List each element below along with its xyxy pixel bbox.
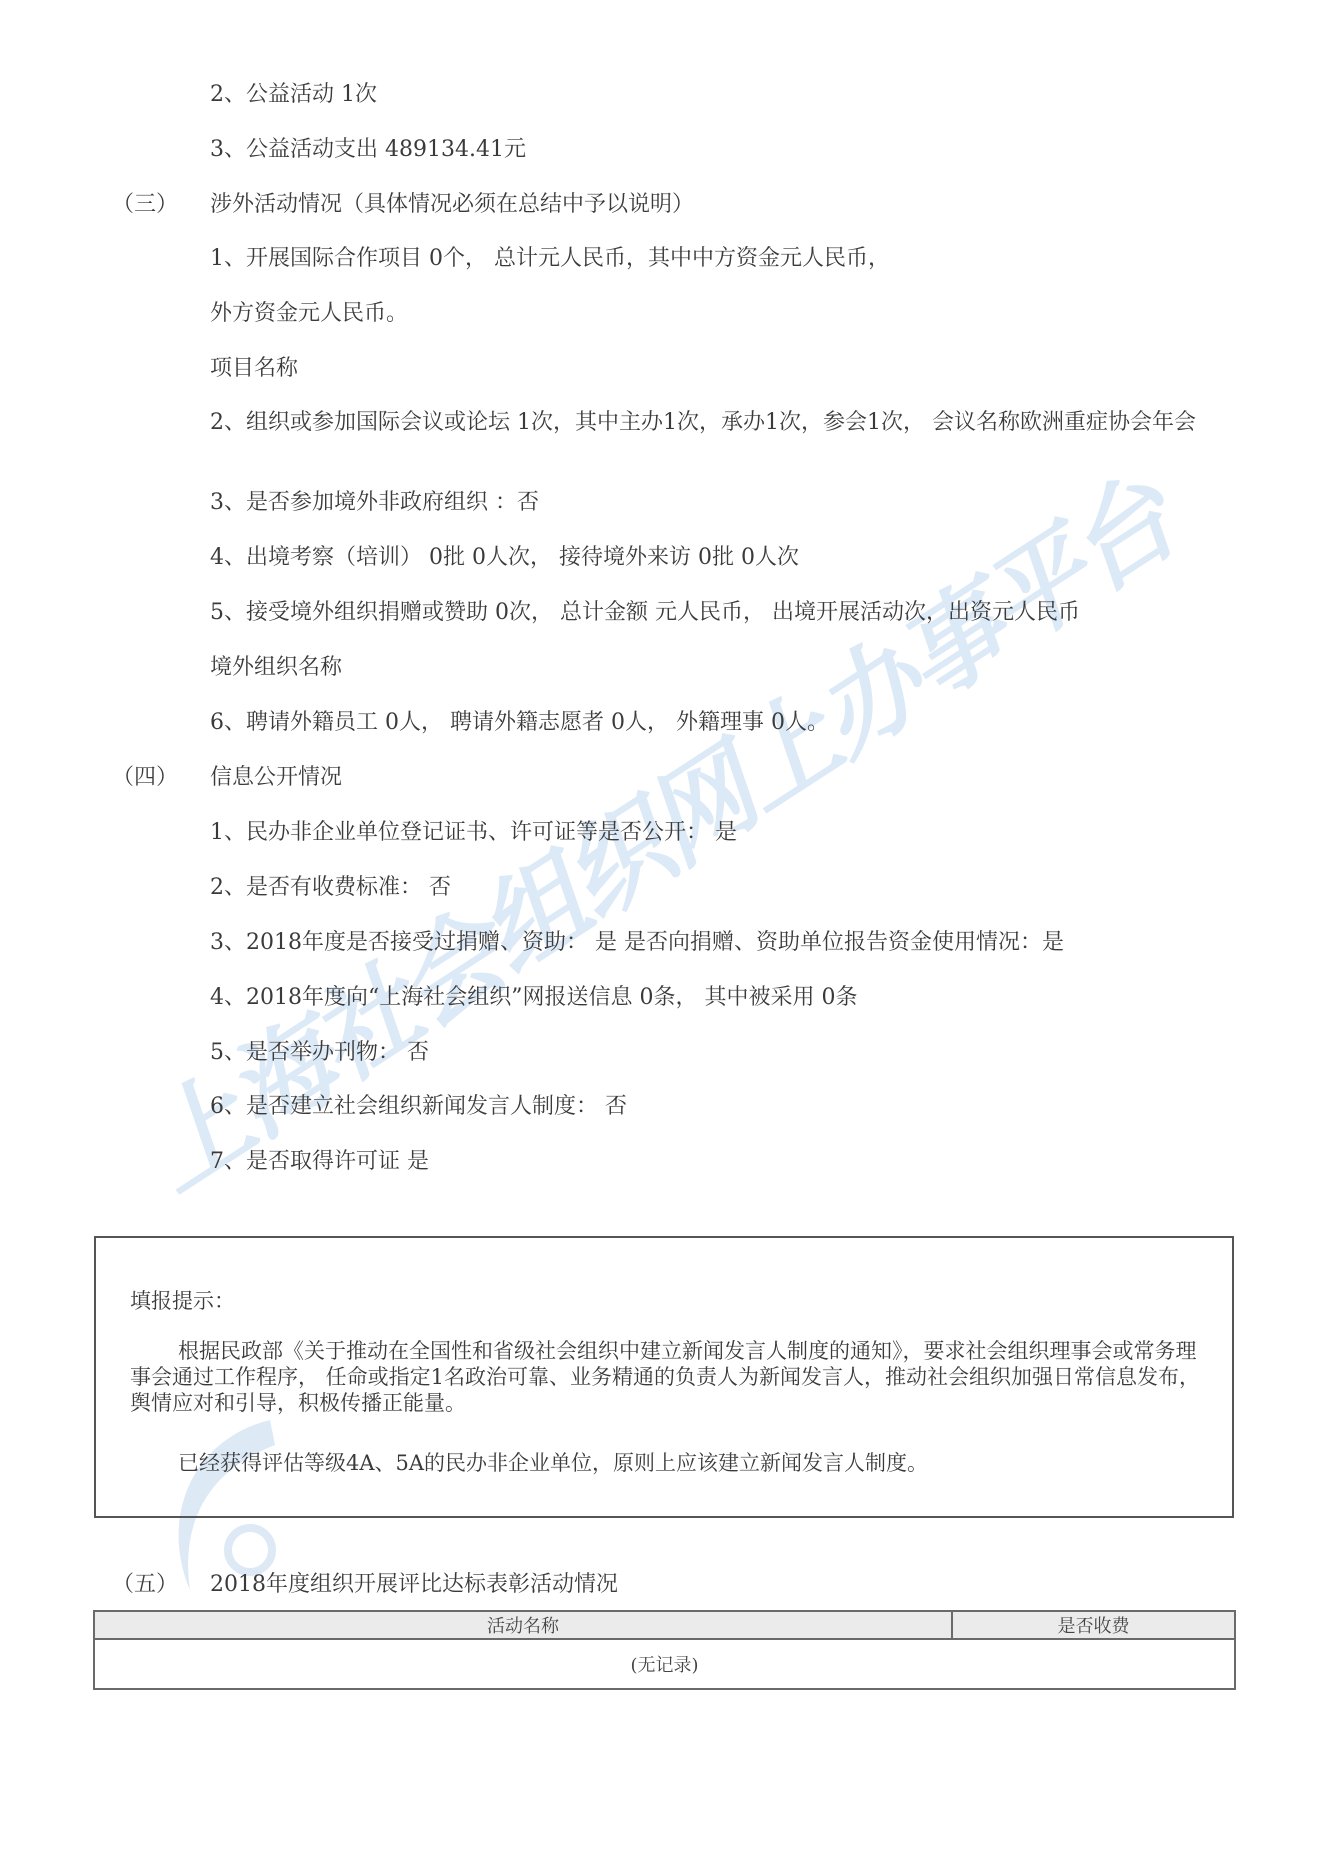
awards-table: 活动名称 是否收费 (无记录)	[93, 1610, 1236, 1690]
section-5-number: （五）	[112, 1572, 178, 1598]
public-welfare-count: 2、公益活动 1次	[210, 82, 377, 108]
project-name-label: 项目名称	[210, 356, 298, 382]
tip-paragraph-1: 根据民政部《关于推动在全国性和省级社会组织中建立新闻发言人制度的通知》，要求社会…	[130, 1338, 1210, 1416]
filing-tip-box: 填报提示： 根据民政部《关于推动在全国性和省级社会组织中建立新闻发言人制度的通知…	[94, 1236, 1234, 1518]
disclosure-item-6: 6、是否建立社会组织新闻发言人制度： 否	[210, 1094, 627, 1120]
foreign-item-5: 5、接受境外组织捐赠或赞助 0次， 总计金额 元人民币， 出境开展活动次，出资元…	[210, 600, 1080, 626]
foreign-item-1: 1、开展国际合作项目 0个， 总计元人民币，其中中方资金元人民币，	[210, 246, 890, 272]
section-4-title: 信息公开情况	[210, 765, 342, 791]
section-5-title: 2018年度组织开展评比达标表彰活动情况	[210, 1572, 618, 1598]
foreign-org-name-label: 境外组织名称	[210, 655, 342, 681]
public-welfare-expense: 3、公益活动支出 489134.41元	[210, 137, 526, 163]
column-header-activity-name: 活动名称	[94, 1611, 952, 1639]
foreign-item-3: 3、是否参加境外非政府组织 ：否	[210, 490, 539, 516]
section-4-number: （四）	[112, 765, 178, 791]
empty-record-cell: (无记录)	[94, 1639, 1235, 1689]
foreign-item-4: 4、出境考察（培训） 0批 0人次， 接待境外来访 0批 0人次	[210, 545, 799, 571]
column-header-fee-charged: 是否收费	[952, 1611, 1235, 1639]
disclosure-item-1: 1、民办非企业单位登记证书、许可证等是否公开： 是	[210, 820, 737, 846]
table-header-row: 活动名称 是否收费	[94, 1611, 1235, 1639]
disclosure-item-4: 4、2018年度向“上海社会组织”网报送信息 0条， 其中被采用 0条	[210, 985, 857, 1011]
foreign-item-2: 2、组织或参加国际会议或论坛 1次，其中主办1次，承办1次，参会1次， 会议名称…	[210, 410, 1210, 436]
disclosure-item-3: 3、2018年度是否接受过捐赠、资助： 是 是否向捐赠、资助单位报告资金使用情况…	[210, 930, 1064, 956]
section-3-number: （三）	[112, 192, 178, 218]
foreign-item-6: 6、聘请外籍员工 0人， 聘请外籍志愿者 0人， 外籍理事 0人。	[210, 710, 829, 736]
disclosure-item-2: 2、是否有收费标准： 否	[210, 875, 451, 901]
table-row: (无记录)	[94, 1639, 1235, 1689]
tip-paragraph-2: 已经获得评估等级4A、5A的民办非企业单位，原则上应该建立新闻发言人制度。	[130, 1450, 1210, 1476]
tip-title: 填报提示：	[130, 1288, 235, 1314]
foreign-item-1-cont: 外方资金元人民币。	[210, 301, 408, 327]
disclosure-item-5: 5、是否举办刊物： 否	[210, 1040, 429, 1066]
disclosure-item-7: 7、是否取得许可证 是	[210, 1149, 429, 1175]
section-3-title: 涉外活动情况（具体情况必须在总结中予以说明）	[210, 192, 694, 218]
